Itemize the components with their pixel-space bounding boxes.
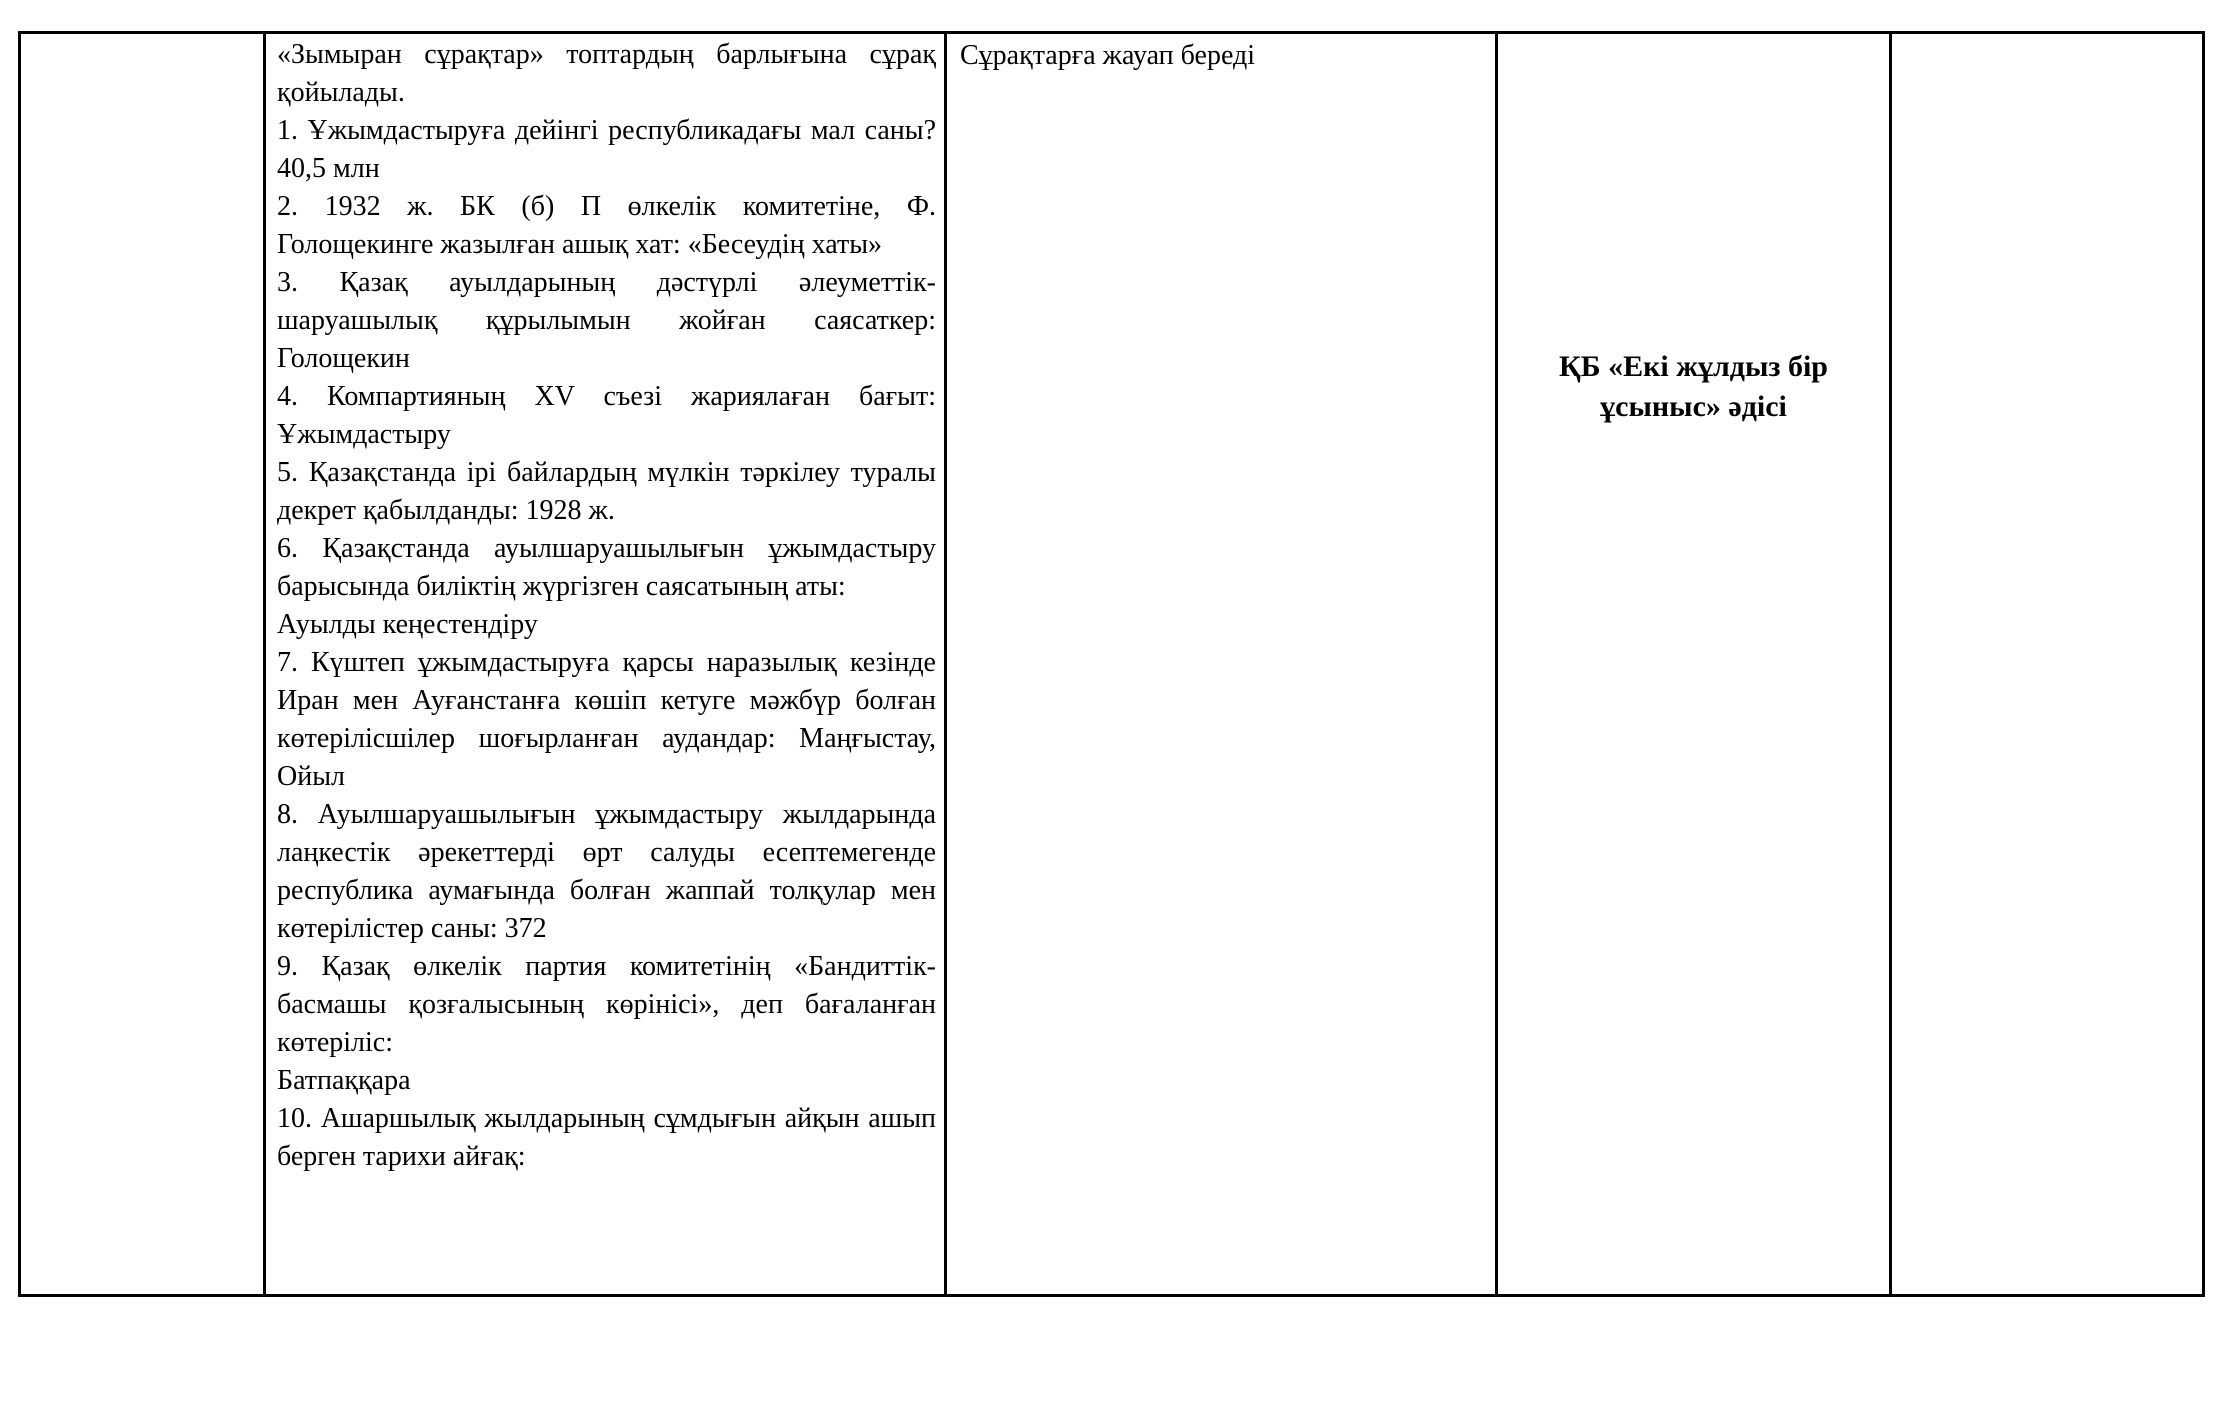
question-item-4: 4. Компартияның XV съезі жариялаған бағы… (277, 378, 936, 454)
table-cell-questions: «Зымыран сұрақтар» топтардың барлығына с… (266, 34, 947, 1294)
table-cell-empty-left (21, 34, 266, 1294)
table-cell-activity: Сұрақтарға жауап береді (947, 34, 1498, 1294)
question-item-2: 2. 1932 ж. БК (б) П өлкелік комитетіне, … (277, 188, 936, 264)
question-item-7: 7. Күштеп ұжымдастыруға қарсы наразылық … (277, 644, 936, 796)
activity-text: Сұрақтарға жауап береді (960, 40, 1255, 71)
question-item-8: 8. Ауылшаруашылығын ұжымдастыру жылдарын… (277, 796, 936, 948)
question-item-6: 6. Қазақстанда ауылшаруашылығын ұжымдаст… (277, 530, 936, 606)
question-item-1: 1. Ұжымдастыруға дейінгі республикадағы … (277, 112, 936, 188)
questions-intro: «Зымыран сұрақтар» топтардың барлығына с… (277, 36, 936, 112)
question-item-3: 3. Қазақ ауылдарының дәстүрлі әлеуметтік… (277, 264, 936, 378)
lesson-plan-table: «Зымыран сұрақтар» топтардың барлығына с… (18, 31, 2205, 1297)
question-item-9-answer: Батпаққара (277, 1062, 936, 1100)
table-cell-assessment-method: ҚБ «Екі жұлдыз бір ұсыныс» әдісі (1498, 34, 1892, 1294)
question-item-9: 9. Қазақ өлкелік партия комитетінің «Бан… (277, 948, 936, 1062)
question-item-5: 5. Қазақстанда ірі байлардың мүлкін тәрк… (277, 454, 936, 530)
question-item-10: 10. Ашаршылық жылдарының сұмдығын айқын … (277, 1100, 936, 1176)
table-cell-empty-right (1892, 34, 2202, 1294)
assessment-method-text: ҚБ «Екі жұлдыз бір ұсыныс» әдісі (1559, 350, 1828, 423)
question-item-6-answer: Ауылды кеңестендіру (277, 606, 936, 644)
